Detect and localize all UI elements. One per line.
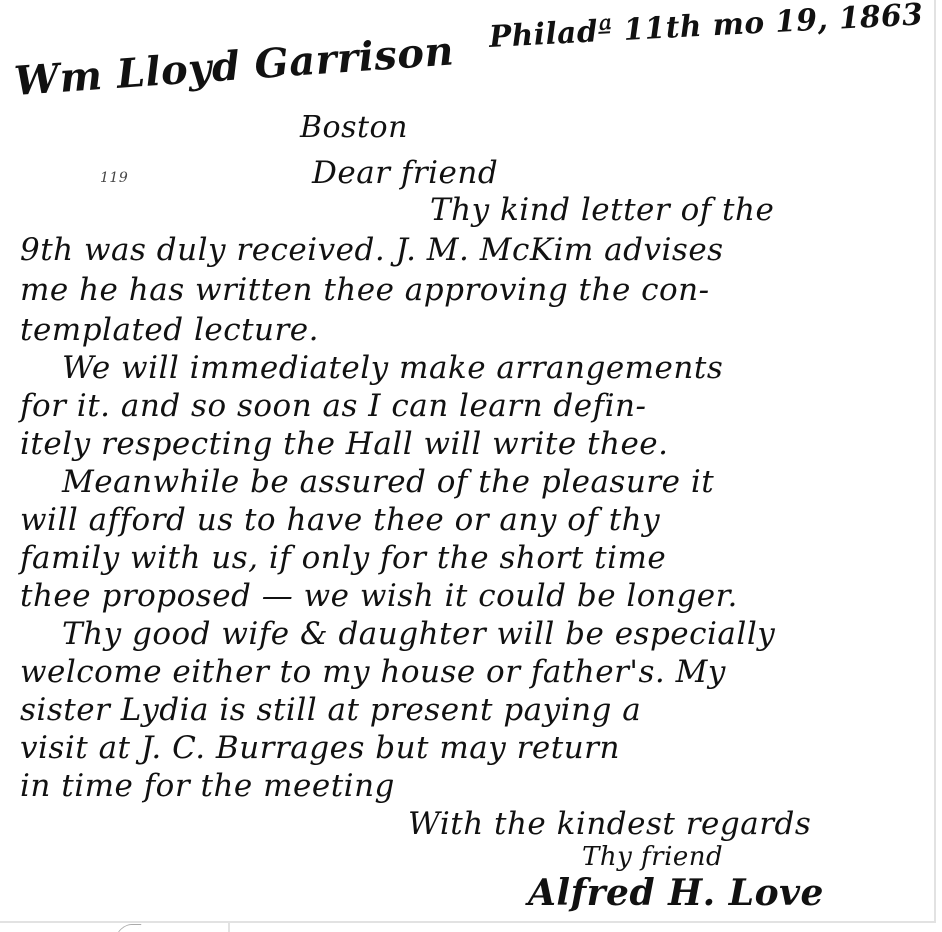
- body-line: me he has written thee approving the con…: [20, 272, 710, 308]
- body-line: thee proposed — we wish it could be long…: [20, 578, 738, 614]
- body-line: Meanwhile be assured of the pleasure it: [62, 464, 714, 500]
- body-line: will afford us to have thee or any of th…: [20, 502, 660, 538]
- closing-thy-friend: Thy friend: [582, 842, 723, 872]
- folio-number: 119: [100, 170, 128, 186]
- panel-divider: [228, 923, 230, 932]
- salutation: Dear friend: [312, 155, 498, 191]
- signature: Alfred H. Love: [528, 872, 824, 914]
- body-line: itely respecting the Hall will write the…: [20, 426, 669, 462]
- body-line: 9th was duly received. J. M. McKim advis…: [20, 232, 724, 268]
- body-line: for it. and so soon as I can learn defin…: [20, 388, 646, 424]
- letter-page: Philadª 11th mo 19, 1863 Wm Lloyd Garris…: [0, 0, 936, 923]
- body-line: family with us, if only for the short ti…: [20, 540, 666, 576]
- body-line: We will immediately make arrangements: [62, 350, 723, 386]
- dateline: Philadª 11th mo 19, 1863: [488, 0, 924, 55]
- body-line: sister Lydia is still at present paying …: [20, 692, 641, 728]
- body-line: templated lecture.: [20, 312, 319, 348]
- body-line: Thy good wife & daughter will be especia…: [62, 616, 775, 652]
- body-line: visit at J. C. Burrages but may return: [20, 730, 620, 766]
- addressee-city: Boston: [300, 110, 408, 145]
- body-line: Thy kind letter of the: [430, 192, 774, 228]
- body-line: welcome either to my house or father's. …: [20, 654, 726, 690]
- addressee-name: Wm Lloyd Garrison: [13, 27, 456, 105]
- closing: With the kindest regards: [408, 806, 811, 842]
- body-line: in time for the meeting: [20, 768, 395, 804]
